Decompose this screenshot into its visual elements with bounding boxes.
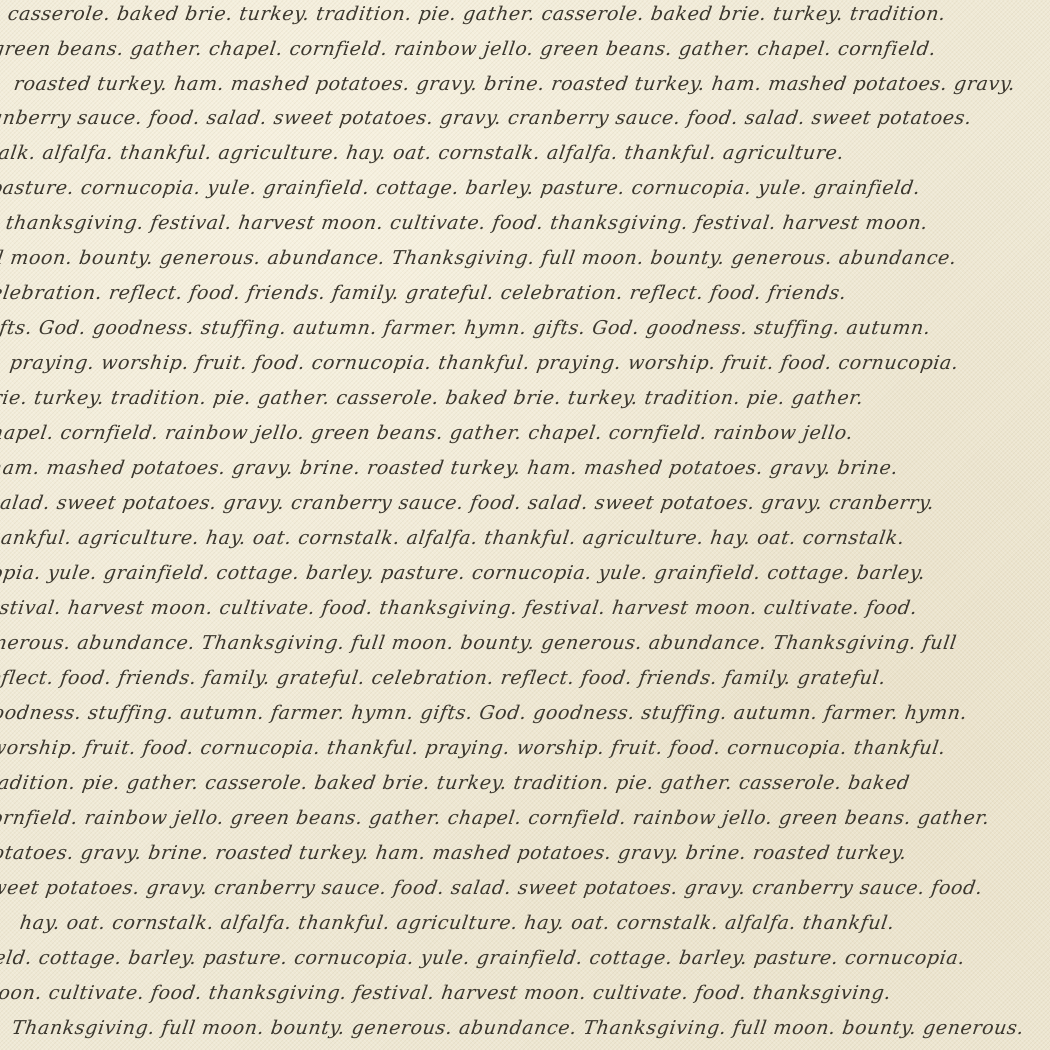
script-text-row: full moon. bounty. generous. abundance. … [0,246,958,270]
script-text-row: copia. yule. grainfield. cottage. barley… [0,561,927,585]
script-text-row: festival. harvest moon. cultivate. food.… [0,596,919,620]
script-text-row: cornfield. rainbow jello. green beans. g… [0,806,991,830]
script-text-row: Thanksgiving. full moon. bounty. generou… [10,1016,1025,1040]
script-text-row: worship. fruit. food. cornucopia. thankf… [0,736,947,760]
script-fabric-pattern: casserole. baked brie. turkey. tradition… [0,0,1050,1050]
script-text-row: reflect. food. friends. family. grateful… [0,666,888,690]
script-text-row: green beans. gather. chapel. cornfield. … [0,37,938,61]
script-text-row: casserole. baked brie. turkey. tradition… [6,2,947,26]
script-text-row: ham. mashed potatoes. gravy. brine. roas… [0,456,900,480]
script-text-row: brie. turkey. tradition. pie. gather. ca… [0,386,865,410]
script-text-row: roasted turkey. ham. mashed potatoes. gr… [12,72,1017,96]
script-text-row: gifts. God. goodness. stuffing. autumn. … [0,316,932,340]
script-text-row: moon. cultivate. food. thanksgiving. fes… [0,981,893,1005]
script-text-row: salad. sweet potatoes. gravy. cranberry … [0,491,936,515]
script-text-row: celebration. reflect. food. friends. fam… [0,281,848,305]
script-text-row: tradition. pie. gather. casserole. baked… [0,771,911,795]
script-text-row: potatoes. gravy. brine. roasted turkey. … [0,841,908,865]
script-text-row: hay. oat. cornstalk. alfalfa. thankful. … [18,911,896,935]
script-text-row: pasture. cornucopia. yule. grainfield. c… [0,176,922,200]
script-text-row: sweet potatoes. gravy. cranberry sauce. … [0,876,984,900]
script-text-row: generous. abundance. Thanksgiving. full … [0,631,958,655]
script-text-row: goodness. stuffing. autumn. farmer. hymn… [0,701,969,725]
script-text-row: cranberry sauce. food. salad. sweet pota… [0,106,973,130]
script-text-row: field. cottage. barley. pasture. cornuco… [0,946,967,970]
script-text-row: stalk. alfalfa. thankful. agriculture. h… [0,141,846,165]
script-text-row: thanksgiving. festival. harvest moon. cu… [4,211,929,235]
script-text-row: chapel. cornfield. rainbow jello. green … [0,421,855,445]
script-text-row: praying. worship. fruit. food. cornucopi… [8,351,960,375]
script-text-row: thankful. agriculture. hay. oat. cornsta… [0,526,906,550]
